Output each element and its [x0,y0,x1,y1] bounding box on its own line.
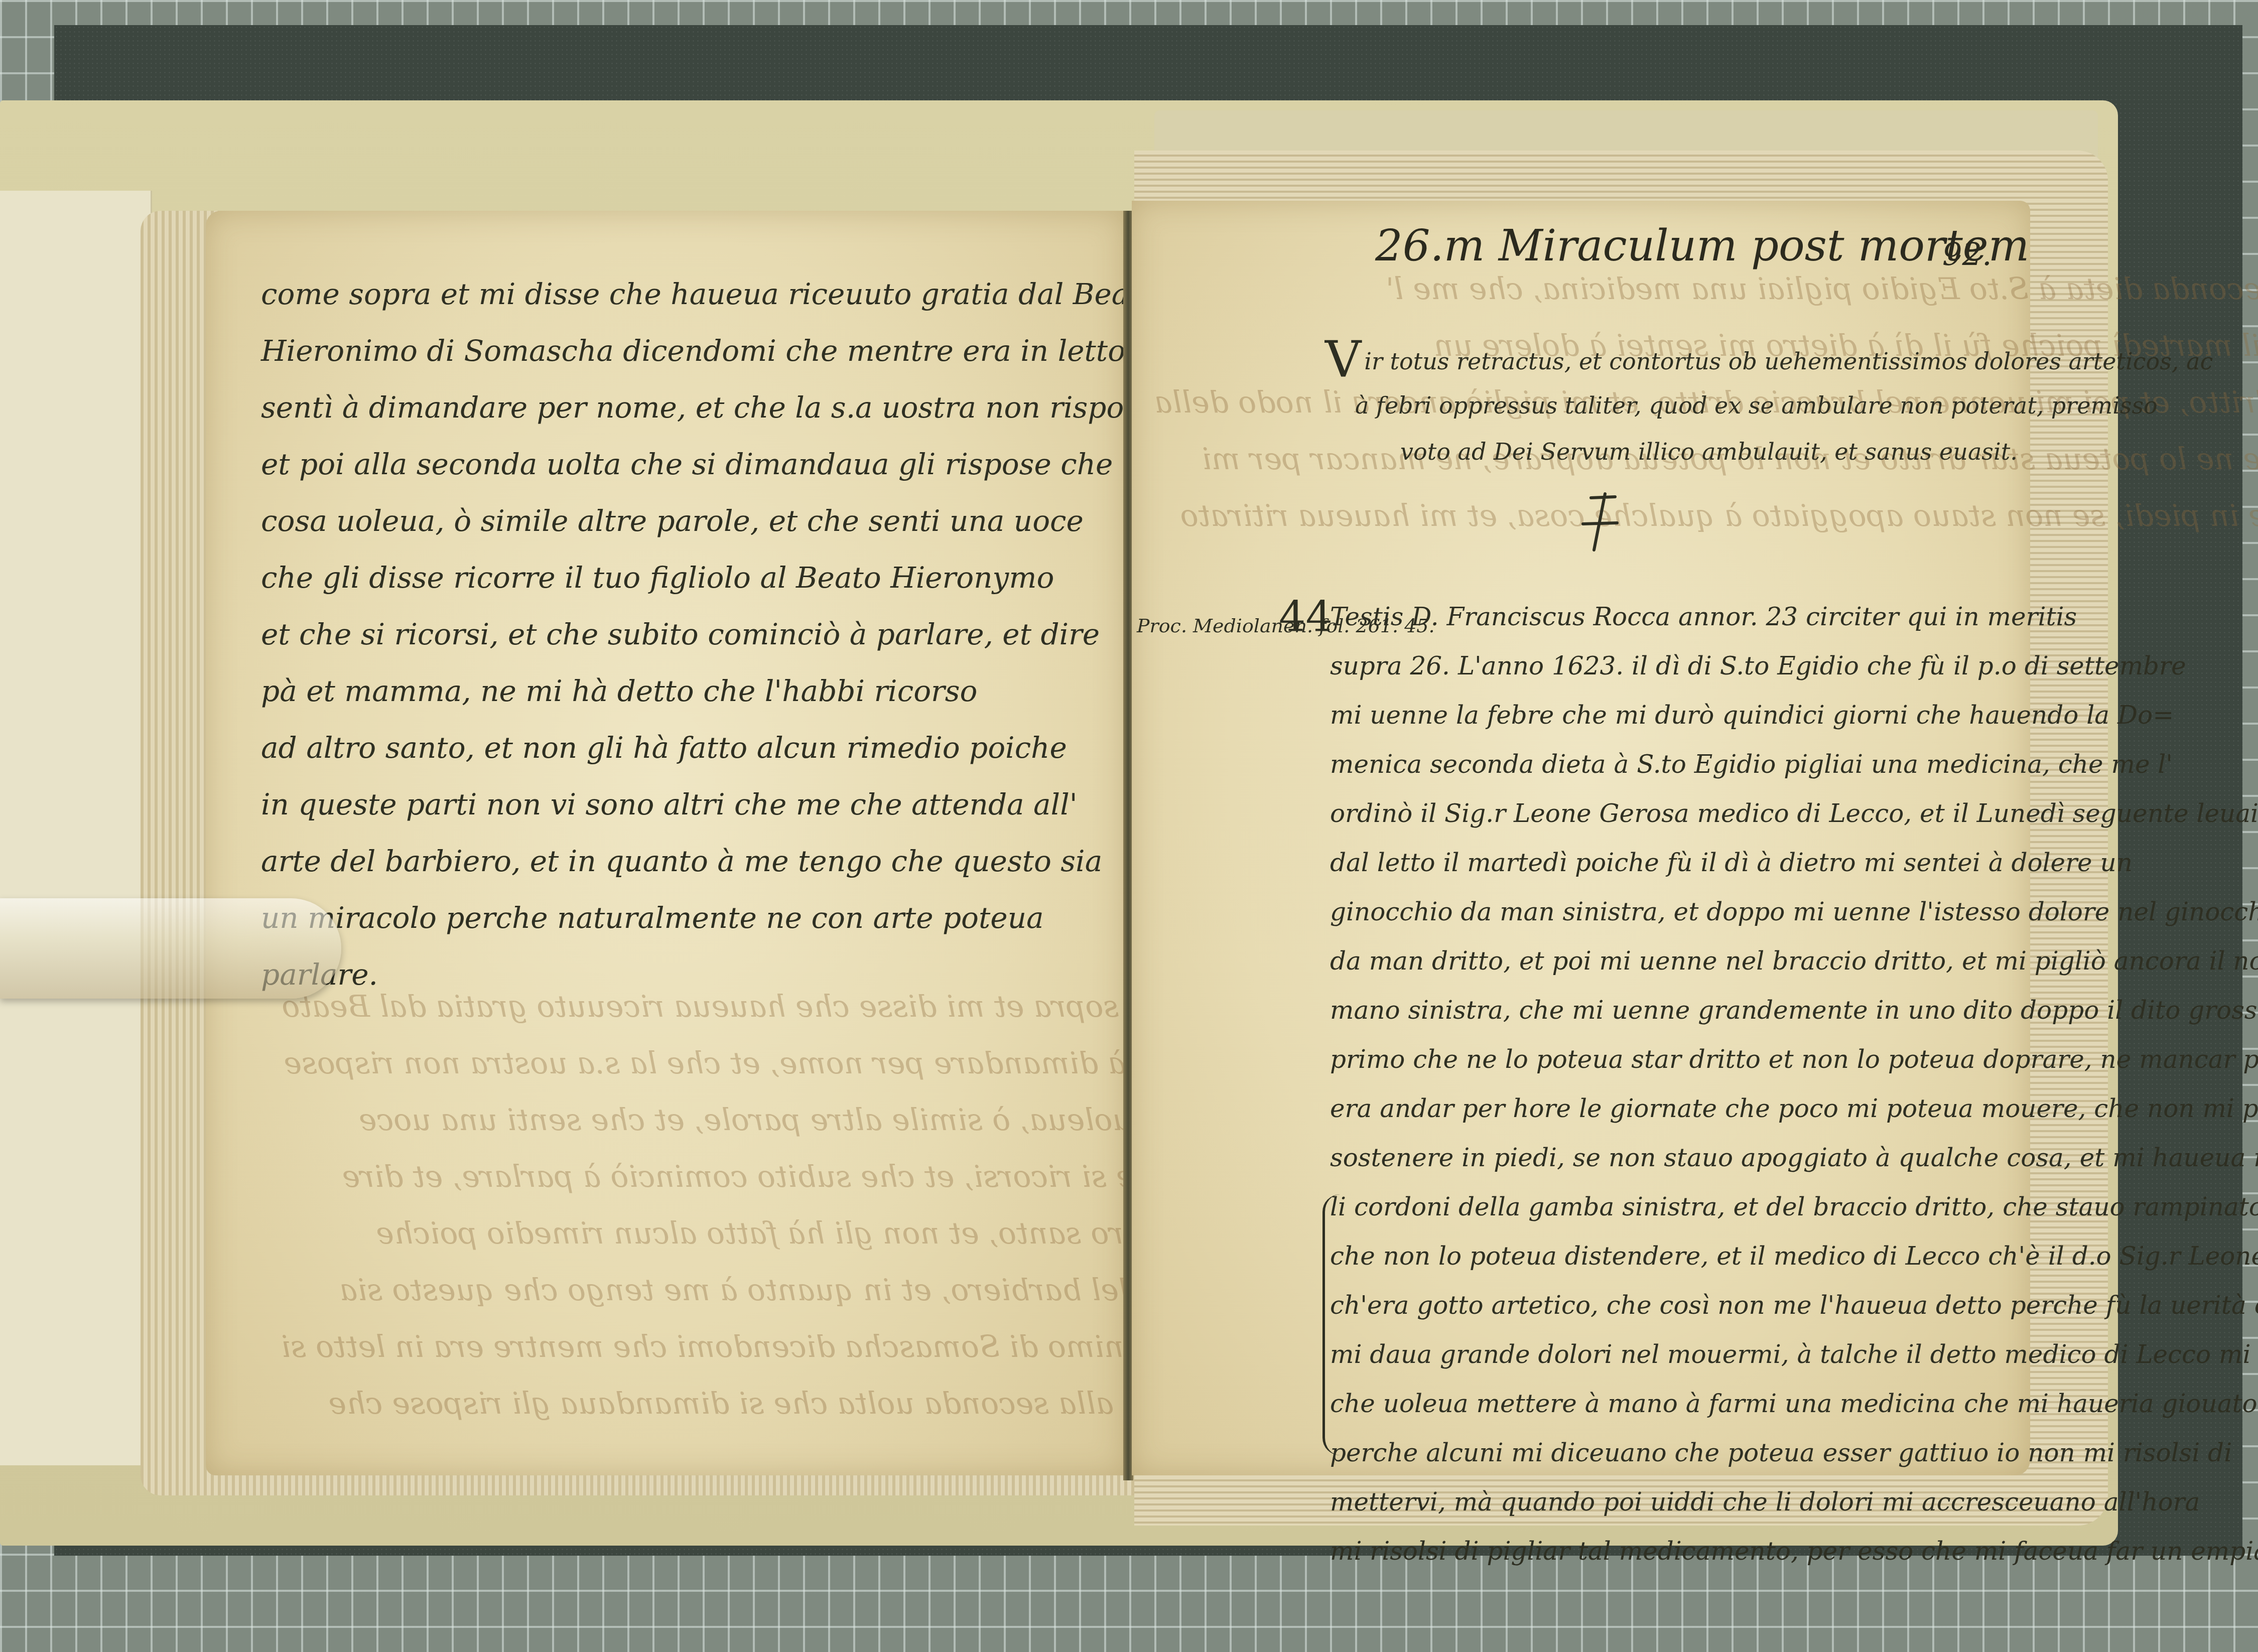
text-line: che uoleua mettere à mano à farmi una me… [1330,1379,2258,1428]
text-line: ch'era gotto artetico, che così non me l… [1330,1281,2258,1330]
text-line: ginocchio da man sinistra, et doppo mi u… [1330,887,2258,936]
flyleaf [0,191,152,1465]
text-line: come sopra et mi disse che haueua riceuu… [261,266,1159,323]
text-line: sostenere in piedi, se non stauo apoggia… [1330,1133,2258,1182]
text-line: cosa uoleua, ò simile altre parole, et c… [261,493,1159,549]
text-line: mi uenne la febre che mi durò quindici g… [1330,691,2258,740]
text-line: primo che ne lo poteua star dritto et no… [1330,1035,2258,1084]
latin-summary: Vir totus retractus, et contortus ob ueh… [1325,336,2213,475]
text-line: da man dritto, et poi mi uenne nel bracc… [1330,936,2258,986]
text-line: parlare. [261,946,1159,1003]
bleed-through-text-left: come sopra et mi disse che haueua riceuu… [281,979,1210,1432]
text-line: arte del barbiero, et in quanto à me ten… [261,833,1159,890]
margin-bracket [1322,1194,1340,1455]
miracle-heading: 26.m Miraculum post mortem [1375,221,2029,271]
text-line: supra 26. L'anno 1623. il dì di S.to Egi… [1330,641,2258,691]
text-line: mi daua grande dolori nel mouermi, à tal… [1330,1330,2258,1379]
text-line: Hieronimo di Somascha dicendomi che ment… [261,323,1159,379]
testimony-number: 44 [1279,592,1333,641]
text-line: et che si ricorsi, et che subito cominci… [261,606,1159,663]
text-line: sentì à dimandare per nome, et che la s.… [261,379,1159,436]
text-line: et poi alla seconda uolta che si dimanda… [261,436,1159,493]
text-line: ordinò il Sig.r Leone Gerosa medico di L… [1330,789,2258,838]
text-line: pà et mamma, ne mi hà detto che l'habbi … [261,663,1159,720]
glass-weight [0,898,341,999]
text-line: mettervi, mà quando poi uiddi che li dol… [1330,1477,2258,1527]
text-line: perche alcuni mi diceuano che poteua ess… [1330,1428,2258,1477]
folio-number: 92. [1942,236,1992,272]
summary-line: voto ad Dei Servum illico ambulauit, et … [1325,429,2213,475]
text-line: li cordoni della gamba sinistra, et del … [1330,1182,2258,1231]
right-page-text: Testis D. Franciscus Rocca annor. 23 cir… [1330,592,2258,1576]
text-line: dal letto il martedì poiche fù il dì à d… [1330,838,2258,887]
summary-line: à febri oppressus taliter, quod ex se am… [1325,382,2213,429]
text-line: era andar per hore le giornate che poco … [1330,1084,2258,1133]
text-line: un miracolo perche naturalmente ne con a… [261,890,1159,946]
initial-letter: V [1325,330,1361,388]
summary-line: ir totus retractus, et contortus ob uehe… [1364,348,2213,375]
left-page-text: come sopra et mi disse che haueua riceuu… [261,266,1159,1003]
text-line: che gli disse ricorre il tuo figliolo al… [261,549,1159,606]
text-line: mano sinistra, che mi uenne grandemente … [1330,986,2258,1035]
text-line: in queste parti non vi sono altri che me… [261,776,1159,833]
text-line: Testis D. Franciscus Rocca annor. 23 cir… [1330,592,2258,641]
cross-icon [1576,492,1621,552]
text-line: che non lo poteua distendere, et il medi… [1330,1231,2258,1281]
text-line: menica seconda dieta à S.to Egidio pigli… [1330,740,2258,789]
text-line: mi risolsi di pigliar tal medicamento, p… [1330,1527,2258,1576]
text-line: ad altro santo, et non gli hà fatto alcu… [261,720,1159,776]
